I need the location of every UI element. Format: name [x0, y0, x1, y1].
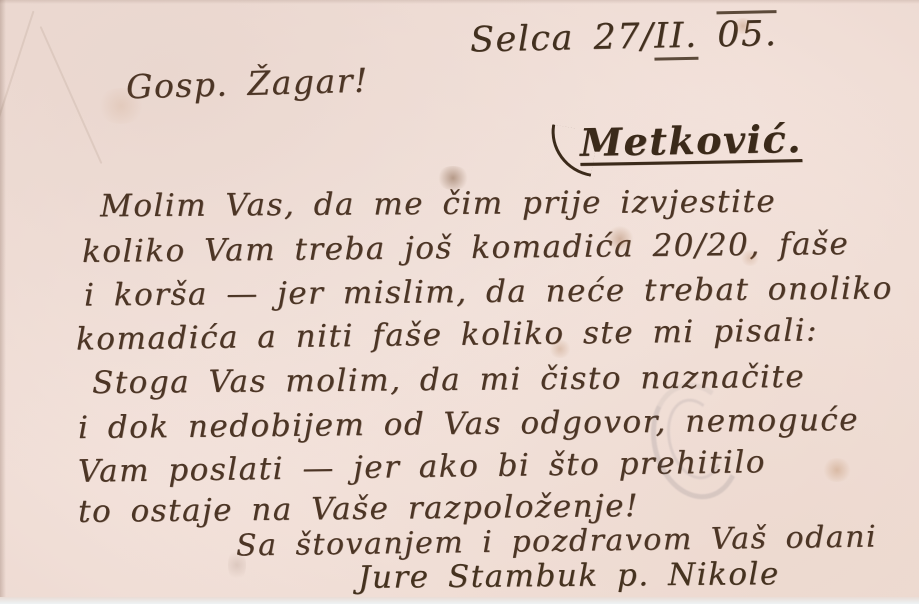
paper-crease	[40, 26, 103, 164]
dateline-place-day: Selca 27/	[470, 17, 655, 61]
signature: Jure Stambuk p. Nikole	[358, 556, 780, 596]
body-line-3: i korša — jer mislim, da neće trebat ono…	[84, 270, 893, 313]
salutation: Gosp. Žagar!	[126, 61, 370, 107]
dateline-month: II.	[654, 16, 698, 61]
body-line-4: komadića a niti faše koliko ste mi pisal…	[76, 312, 818, 357]
scanner-background-strip	[0, 597, 919, 604]
card-top-edge	[0, 0, 919, 4]
card-left-edge	[0, 0, 6, 604]
body-line-6: i dok nedobijem od Vas odgovor, nemoguće	[78, 402, 859, 446]
addressee-place: Metković.	[580, 116, 803, 165]
dateline-spacer	[697, 15, 717, 55]
foxing-stain	[822, 458, 852, 482]
body-line-2: koliko Vam treba još komadića 20/20, faš…	[82, 226, 850, 270]
dateline: Selca 27/II. 05.	[470, 12, 901, 61]
dateline-year: 05.	[717, 10, 778, 55]
postcard-scan: Selca 27/II. 05. Gosp. Žagar! Metković. …	[0, 0, 919, 604]
body-line-1: Molim Vas, da me čim prije izvjestite	[100, 184, 776, 225]
